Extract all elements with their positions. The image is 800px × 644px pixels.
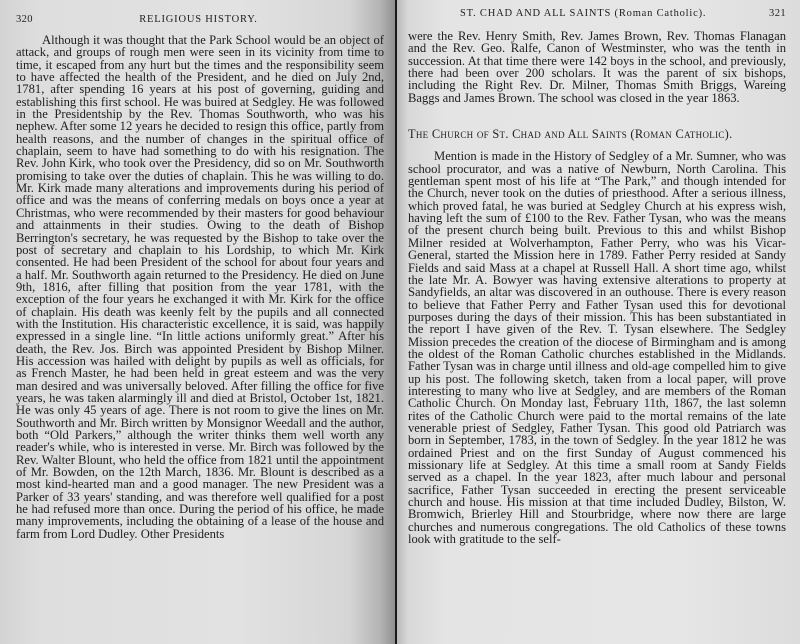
book-spread: 320 RELIGIOUS HISTORY. Although it was t… (0, 0, 800, 644)
book-spine (395, 0, 397, 644)
page-number: 321 (769, 8, 786, 19)
right-running-head: ST. CHAD AND ALL SAINTS (Roman Catholic)… (408, 8, 786, 24)
continuation-paragraph: were the Rev. Henry Smith, Rev. James Br… (408, 30, 786, 104)
left-running-head: 320 RELIGIOUS HISTORY. (16, 14, 384, 30)
right-body-text: were the Rev. Henry Smith, Rev. James Br… (408, 30, 786, 545)
paragraph: Although it was thought that the Park Sc… (16, 34, 384, 540)
page-number: 320 (16, 14, 33, 25)
right-page: ST. CHAD AND ALL SAINTS (Roman Catholic)… (396, 0, 800, 644)
section-heading: The Church of St. Chad and All Saints (R… (408, 128, 786, 140)
running-title: RELIGIOUS HISTORY. (33, 14, 364, 25)
left-page: 320 RELIGIOUS HISTORY. Although it was t… (0, 0, 396, 644)
paragraph: Mention is made in the History of Sedgle… (408, 150, 786, 545)
running-title: ST. CHAD AND ALL SAINTS (Roman Catholic)… (460, 8, 769, 19)
left-body-text: Although it was thought that the Park Sc… (16, 34, 384, 540)
